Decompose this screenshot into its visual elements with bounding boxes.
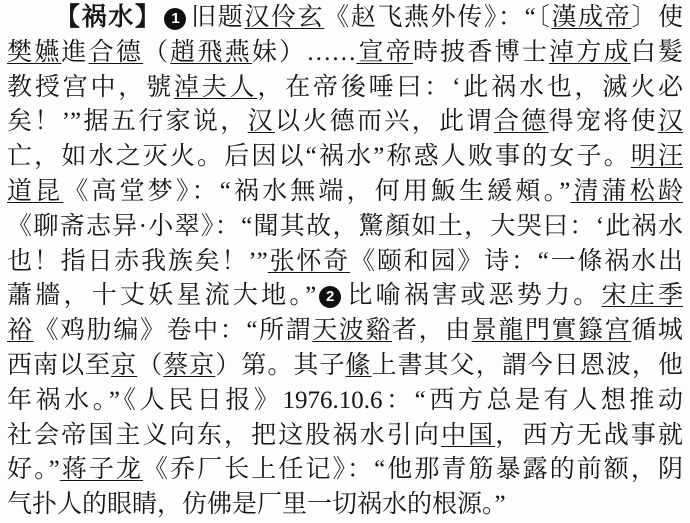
proper-name-underlined: 宣帝 xyxy=(356,39,413,66)
text-run: 也！指日赤我族矣！’” xyxy=(7,248,268,275)
text-line: 西南以至京（蔡京）第。其子絛上書其父，謂今日恩波，他 xyxy=(7,349,683,384)
proper-name-underlined: 汉 xyxy=(658,108,683,135)
proper-name-underlined: 蔡京 xyxy=(163,352,215,379)
text-run: 以火德而兴，此谓 xyxy=(275,108,494,135)
text-run: 《乔厂长上任记》：“他那青筋暴露的前额，阴 xyxy=(143,456,683,483)
text-line: 【祸水】1旧题汉伶玄《赵飞燕外传》：“〔漢成帝〕使 xyxy=(7,1,683,36)
text-run: 妹）…… xyxy=(252,39,356,66)
proper-name-underlined: 淖方成 xyxy=(549,39,631,66)
text-run: 旧题 xyxy=(189,4,244,31)
text-line: 亡，如水之灭火。后因以“祸水”称惑人败事的女子。明汪 xyxy=(7,140,683,175)
text-line: 《聊斋志异·小翠》：“聞其故，驚顏如土，大哭曰：‘此祸水 xyxy=(7,210,683,245)
proper-name-underlined: 天波谿 xyxy=(312,317,392,344)
scanned-dictionary-page: 【祸水】1旧题汉伶玄《赵飞燕外传》：“〔漢成帝〕使樊嬿進合德（趙飛燕妹）……宣帝… xyxy=(0,0,690,523)
text-run: 社会帝国主义向东，把这股祸水引向 xyxy=(7,422,441,449)
text-run: 气扑人的眼睛，仿佛是厂里一切祸水的根源。” xyxy=(7,491,506,518)
text-line: 蕭牆，十丈妖星流大地。”2比喻祸害或恶势力。宋庄季 xyxy=(7,279,683,314)
text-line: 道昆《高堂梦》：“祸水無端，何用魬生緩頰。”清蒲松龄 xyxy=(7,175,683,210)
sense-number-badge: 2 xyxy=(319,286,341,308)
text-run: ）第。其子 xyxy=(215,352,345,379)
text-run: 教授宫中，號 xyxy=(7,74,174,101)
text-run: ，西方无战事就 xyxy=(495,422,683,449)
proper-name-underlined: 宋庄季 xyxy=(602,282,683,309)
text-run: 〕使 xyxy=(631,4,683,31)
text-run: 西南以至 xyxy=(7,352,111,379)
text-line: 社会帝国主义向东，把这股祸水引向中国，西方无战事就 xyxy=(7,419,683,454)
text-line: 好。”蒋子龙《乔厂长上任记》：“他那青筋暴露的前额，阴 xyxy=(7,453,683,488)
text-run: 蕭牆，十丈妖星流大地。” xyxy=(7,282,316,309)
proper-name-underlined: 景龍門 xyxy=(472,317,552,344)
text-line: 樊嬿進合德（趙飛燕妹）……宣帝時披香博士淖方成白髮 xyxy=(7,36,683,71)
text-run: 比喻祸害或恶势力。 xyxy=(344,282,601,309)
text-run: 《颐和园》诗：“一條祸水出 xyxy=(350,248,683,275)
text-run: 時披香博士 xyxy=(413,39,549,66)
text-run: 《赵飞燕外传》：“〔 xyxy=(324,4,551,31)
headword: 【祸水】 xyxy=(55,4,161,31)
text-run: 者，由 xyxy=(392,317,472,344)
text-run: 進 xyxy=(61,39,88,66)
proper-name-underlined: 中国 xyxy=(441,422,495,449)
proper-name-underlined: 合德 xyxy=(494,108,549,135)
proper-name-underlined: 张怀奇 xyxy=(268,248,350,275)
proper-name-underlined: 道昆 xyxy=(7,178,63,205)
proper-name-underlined: 淖夫人 xyxy=(174,74,257,101)
text-run: 亡，如水之灭火。后因以“祸水”称惑人败事的女子。 xyxy=(7,143,631,170)
text-run: 《聊斋志异·小翠》：“聞其故，驚顏如土，大哭曰：‘此祸水 xyxy=(7,213,683,240)
proper-name-underlined: 實籙宫 xyxy=(552,317,632,344)
text-run: ，在帝後唾曰：‘此祸水也，滅火必 xyxy=(257,74,683,101)
proper-name-underlined: 汉伶玄 xyxy=(244,4,324,31)
text-run: 得宠将使 xyxy=(549,108,658,135)
text-run: 年祸水。”《人民日报》1976.10.6：“西方总是有人想推动 xyxy=(7,387,683,414)
text-run: 好。” xyxy=(7,456,60,483)
proper-name-underlined: 汉 xyxy=(248,108,275,135)
text-run: 《高堂梦》：“祸水無端，何用魬生緩頰。” xyxy=(63,178,570,205)
proper-name-underlined: 漢成帝 xyxy=(551,4,631,31)
text-line: 也！指日赤我族矣！’”张怀奇《颐和园》诗：“一條祸水出 xyxy=(7,245,683,280)
sense-number-badge: 1 xyxy=(164,8,186,30)
proper-name-underlined: 絛 xyxy=(346,352,372,379)
proper-name-underlined: 樊嬿 xyxy=(7,39,61,66)
proper-name-underlined: 裕 xyxy=(7,317,34,344)
proper-name-underlined: 清蒲松龄 xyxy=(570,178,683,205)
text-run: 《鸡肋编》卷中：“所謂 xyxy=(34,317,313,344)
text-line: 教授宫中，號淖夫人，在帝後唾曰：‘此祸水也，滅火必 xyxy=(7,71,683,106)
proper-name-underlined: 蒋子龙 xyxy=(60,456,143,483)
dictionary-entry-huoshui: 【祸水】1旧题汉伶玄《赵飞燕外传》：“〔漢成帝〕使樊嬿進合德（趙飛燕妹）……宣帝… xyxy=(0,0,690,523)
text-line: 裕《鸡肋编》卷中：“所謂天波谿者，由景龍門實籙宫循城 xyxy=(7,314,683,349)
text-run: 矣！’”据五行家说， xyxy=(7,108,248,135)
text-line: 气扑人的眼睛，仿佛是厂里一切祸水的根源。” xyxy=(7,488,683,523)
proper-name-underlined: 京 xyxy=(111,352,137,379)
text-line: 矣！’”据五行家说，汉以火德而兴，此谓合德得宠将使汉 xyxy=(7,105,683,140)
entry-lines: 【祸水】1旧题汉伶玄《赵飞燕外传》：“〔漢成帝〕使樊嬿進合德（趙飛燕妹）……宣帝… xyxy=(7,1,683,523)
proper-name-underlined: 明汪 xyxy=(631,143,683,170)
text-line: 年祸水。”《人民日报》1976.10.6：“西方总是有人想推动 xyxy=(7,384,683,419)
text-run: 循城 xyxy=(631,317,683,344)
text-run: 上書其父，謂今日恩波，他 xyxy=(372,352,683,379)
text-run: （ xyxy=(137,352,163,379)
proper-name-underlined: 趙飛燕 xyxy=(170,39,252,66)
text-run: 白髮 xyxy=(631,39,683,66)
text-run: （ xyxy=(143,39,170,66)
proper-name-underlined: 合德 xyxy=(89,39,143,66)
